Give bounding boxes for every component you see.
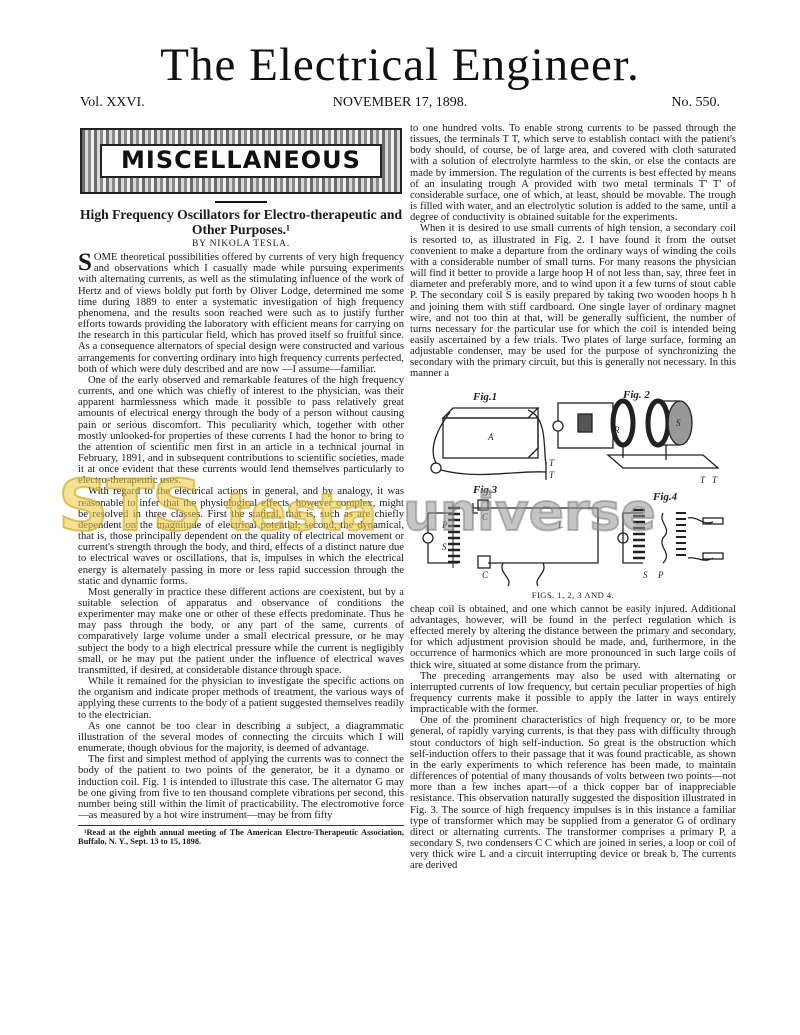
svg-text:P: P	[629, 420, 636, 430]
footnote-divider	[78, 825, 404, 826]
svg-text:Fig.1: Fig.1	[472, 391, 497, 403]
svg-text:S: S	[643, 570, 648, 580]
svg-text:C: C	[482, 570, 489, 580]
svg-text:Fig.3: Fig.3	[472, 484, 498, 496]
svg-text:S: S	[676, 418, 681, 428]
banner-frame: MISCELLANEOUS	[100, 144, 382, 178]
svg-text:T: T	[700, 475, 706, 485]
section-banner: MISCELLANEOUS	[80, 128, 402, 194]
article-byline: BY NIKOLA TESLA.	[78, 239, 404, 250]
svg-text:T: T	[549, 458, 555, 468]
svg-text:A: A	[487, 432, 494, 442]
paragraph: When it is desired to use small currents…	[410, 223, 736, 379]
paragraph: The preceding arrangements may also be u…	[410, 671, 736, 716]
section-title: MISCELLANEOUS	[121, 155, 361, 166]
issue-number: No. 550.	[671, 95, 720, 111]
paragraph: to one hundred volts. To enable strong c…	[410, 123, 736, 223]
paragraph: SOME theoretical possibilities offered b…	[78, 252, 404, 375]
article-title: High Frequency Oscillators for Electro-t…	[78, 207, 404, 237]
circuit-diagrams-figure: Fig.1 Fig. 2 Fig.3 Fig.4 A T T R P S T T…	[418, 388, 730, 588]
svg-text:C: C	[482, 512, 489, 522]
paragraph: Most generally in practice these differe…	[78, 587, 404, 676]
svg-text:Fig.4: Fig.4	[652, 491, 678, 503]
paragraph-text: OME theoretical possibilities offered by…	[78, 252, 404, 375]
right-column: to one hundred volts. To enable strong c…	[410, 123, 736, 872]
svg-text:R: R	[613, 425, 620, 435]
footnote: ¹Read at the eighth annual meeting of Th…	[78, 828, 404, 846]
figure-caption: FIGS. 1, 2, 3 AND 4.	[410, 590, 736, 601]
drop-cap: S	[78, 253, 92, 273]
svg-text:L: L	[557, 520, 563, 530]
volume-number: Vol. XXVI.	[80, 95, 145, 111]
svg-text:P: P	[441, 520, 448, 530]
circuit-diagram-icon: Fig.1 Fig. 2 Fig.3 Fig.4 A T T R P S T T…	[418, 388, 730, 588]
svg-text:S: S	[442, 542, 447, 552]
issue-line: NOVEMBER 17, 1898. Vol. XXVI. No. 550.	[80, 95, 720, 113]
svg-text:P: P	[657, 570, 664, 580]
issue-date: NOVEMBER 17, 1898.	[80, 95, 720, 111]
paragraph: The first and simplest method of applyin…	[78, 754, 404, 821]
left-column: MISCELLANEOUS High Frequency Oscillators…	[78, 122, 404, 846]
paragraph: As one cannot be too clear in describing…	[78, 721, 404, 754]
svg-text:Fig. 2: Fig. 2	[622, 389, 650, 401]
masthead-title: The Electrical Engineer.	[0, 38, 800, 92]
paragraph: One of the early observed and remarkable…	[78, 375, 404, 487]
divider	[215, 201, 267, 203]
paragraph: One of the prominent characteristics of …	[410, 715, 736, 871]
svg-text:T: T	[712, 475, 718, 485]
paragraph: With regard to the electrical actions in…	[78, 486, 404, 586]
paragraph: While it remained for the physician to i…	[78, 676, 404, 721]
svg-text:T: T	[549, 470, 555, 480]
paragraph: cheap coil is obtained, and one which ca…	[410, 604, 736, 671]
